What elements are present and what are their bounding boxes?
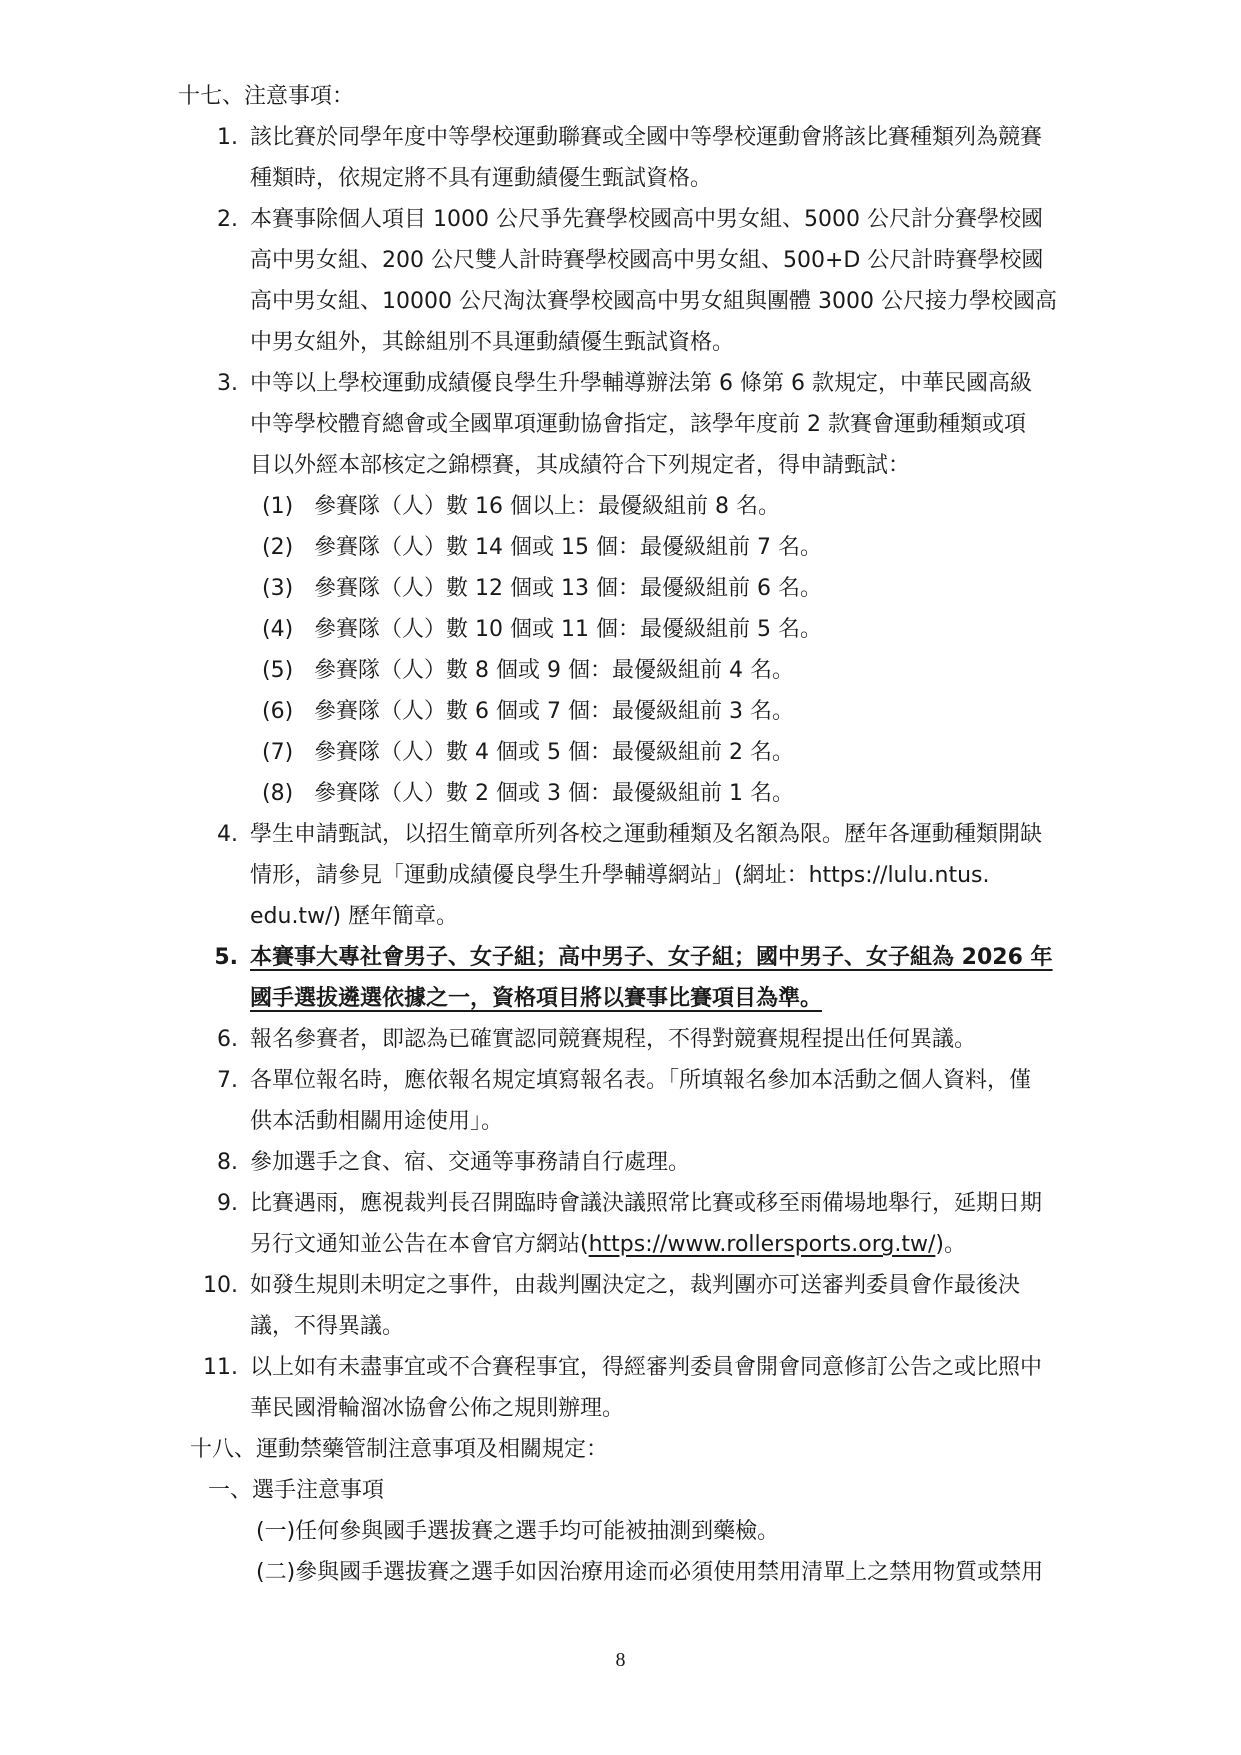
- item-3-number: 3.: [198, 369, 238, 399]
- item-6-line-1: 報名參賽者，即認為已確實認同競賽規程，不得對競賽規程提出任何異議。: [250, 1025, 976, 1055]
- item-9-line-2-prefix: 另行文通知並公告在本會官方網站(: [250, 1232, 589, 1257]
- item-3-line-3: 目以外經本部核定之錦標賽，其成績符合下列規定者，得申請甄試：: [250, 451, 910, 481]
- item-9-line-1: 比賽遇雨，應視裁判長召開臨時會議決議照常比賽或移至雨備場地舉行，延期日期: [250, 1189, 1042, 1219]
- sub-item-4-number: (4): [262, 615, 293, 645]
- item-5-line-1: 本賽事大專社會男子、女子組；高中男子、女子組；國中男子、女子組為 2026 年: [250, 943, 1053, 973]
- sub-item-8-text: 參賽隊（人）數 2 個或 3 個：最優級組前 1 名。: [314, 779, 794, 809]
- item-4-number: 4.: [198, 820, 238, 850]
- item-7-line-1: 各單位報名時，應依報名規定填寫報名表。「所填報名參加本活動之個人資料，僅: [250, 1066, 1031, 1096]
- sub-item-6-text: 參賽隊（人）數 6 個或 7 個：最優級組前 3 名。: [314, 697, 794, 727]
- section-18-subheading: 一、選手注意事項: [208, 1476, 384, 1506]
- item-1-line-2: 種類時，依規定將不具有運動績優生甄試資格。: [250, 164, 712, 194]
- section-18-item-2: (二)參與國手選拔賽之選手如因治療用途而必須使用禁用清單上之禁用物質或禁用: [256, 1558, 1043, 1588]
- sub-item-1-text: 參賽隊（人）數 16 個以上：最優級組前 8 名。: [314, 492, 780, 522]
- item-6-number: 6.: [198, 1025, 238, 1055]
- item-7-line-2: 供本活動相關用途使用」。: [250, 1107, 503, 1137]
- sub-item-3-number: (3): [262, 574, 293, 604]
- section-17-heading: 十七、注意事項：: [178, 82, 354, 112]
- item-9-line-2-suffix: )。: [935, 1232, 966, 1257]
- item-2-line-3: 高中男女組、10000 公尺淘汰賽學校國高中男女組與團體 3000 公尺接力學校…: [250, 287, 1057, 317]
- sub-item-3-text: 參賽隊（人）數 12 個或 13 個：最優級組前 6 名。: [314, 574, 822, 604]
- item-3-line-1: 中等以上學校運動成績優良學生升學輔導辦法第 6 條第 6 款規定，中華民國高級: [250, 369, 1032, 399]
- item-8-number: 8.: [198, 1148, 238, 1178]
- section-18-item-1: (一)任何參與國手選拔賽之選手均可能被抽測到藥檢。: [256, 1517, 779, 1547]
- sub-item-5-text: 參賽隊（人）數 8 個或 9 個：最優級組前 4 名。: [314, 656, 794, 686]
- item-11-line-2: 華民國滑輪溜冰協會公佈之規則辦理。: [250, 1394, 624, 1424]
- sub-item-7-number: (7): [262, 738, 293, 768]
- item-7-number: 7.: [198, 1066, 238, 1096]
- item-4-line-3: edu.tw/) 歷年簡章。: [250, 902, 458, 932]
- item-4-line-1: 學生申請甄試，以招生簡章所列各校之運動種類及名額為限。歷年各運動種類開缺: [250, 820, 1042, 850]
- item-5-number: 5.: [198, 943, 238, 973]
- item-9-line-2: 另行文通知並公告在本會官方網站(https://www.rollersports…: [250, 1230, 966, 1260]
- sub-item-7-text: 參賽隊（人）數 4 個或 5 個：最優級組前 2 名。: [314, 738, 794, 768]
- item-2-number: 2.: [198, 205, 238, 235]
- item-11-number: 11.: [198, 1353, 238, 1383]
- item-9-number: 9.: [198, 1189, 238, 1219]
- sub-item-6-number: (6): [262, 697, 293, 727]
- item-8-line-1: 參加選手之食、宿、交通等事務請自行處理。: [250, 1148, 690, 1178]
- item-3-line-2: 中等學校體育總會或全國單項運動協會指定，該學年度前 2 款賽會運動種類或項: [250, 410, 1026, 440]
- item-10-line-1: 如發生規則未明定之事件，由裁判團決定之，裁判團亦可送審判委員會作最後決: [250, 1271, 1020, 1301]
- item-1-number: 1.: [198, 123, 238, 153]
- item-2-line-1: 本賽事除個人項目 1000 公尺爭先賽學校國高中男女組、5000 公尺計分賽學校…: [250, 205, 1043, 235]
- sub-item-5-number: (5): [262, 656, 293, 686]
- sub-item-1-number: (1): [262, 492, 293, 522]
- section-18-heading: 十八、運動禁藥管制注意事項及相關規定：: [190, 1435, 608, 1465]
- sub-item-8-number: (8): [262, 779, 293, 809]
- page-number: 8: [0, 1649, 1241, 1672]
- sub-item-2-text: 參賽隊（人）數 14 個或 15 個：最優級組前 7 名。: [314, 533, 822, 563]
- item-2-line-2: 高中男女組、200 公尺雙人計時賽學校國高中男女組、500+D 公尺計時賽學校國: [250, 246, 1043, 276]
- sub-item-4-text: 參賽隊（人）數 10 個或 11 個：最優級組前 5 名。: [314, 615, 822, 645]
- item-5-line-2: 國手選拔遴選依據之一，資格項目將以賽事比賽項目為準。: [250, 984, 822, 1014]
- sub-item-2-number: (2): [262, 533, 293, 563]
- item-2-line-4: 中男女組外，其餘組別不具運動績優生甄試資格。: [250, 328, 734, 358]
- item-4-line-2: 情形，請參見「運動成績優良學生升學輔導網站」(網址：https://lulu.n…: [250, 861, 990, 891]
- rollersports-website-link[interactable]: https://www.rollersports.org.tw/: [589, 1232, 936, 1257]
- item-11-line-1: 以上如有未盡事宜或不合賽程事宜，得經審判委員會開會同意修訂公告之或比照中: [250, 1353, 1042, 1383]
- item-10-number: 10.: [198, 1271, 238, 1301]
- item-1-line-1: 該比賽於同學年度中等學校運動聯賽或全國中等學校運動會將該比賽種類列為競賽: [250, 123, 1042, 153]
- item-10-line-2: 議，不得異議。: [250, 1312, 404, 1342]
